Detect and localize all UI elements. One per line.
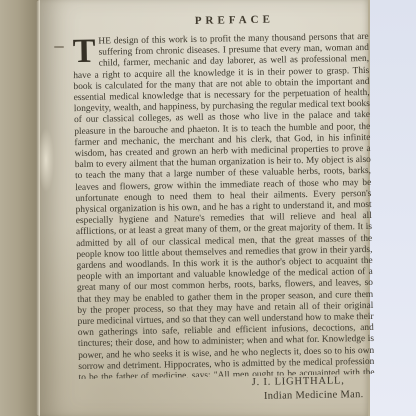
preface-paragraph: THE design of this work is to profit the… (73, 32, 375, 379)
drop-cap: T (73, 37, 99, 68)
book-page: PREFACE THE design of this work is to pr… (40, 0, 370, 416)
paragraph-text: HE design of this work is to profit the … (73, 32, 374, 379)
preface-heading: PREFACE (72, 12, 382, 29)
book-photo: PREFACE THE design of this work is to pr… (0, 0, 416, 416)
page-behind-edge (0, 0, 40, 416)
page-content: PREFACE THE design of this work is to pr… (40, 0, 375, 416)
signature-title: Indian Medicine Man. (264, 387, 402, 403)
signature-block: J. I. LIGHTHALL, Indian Medicine Man. (252, 373, 402, 404)
